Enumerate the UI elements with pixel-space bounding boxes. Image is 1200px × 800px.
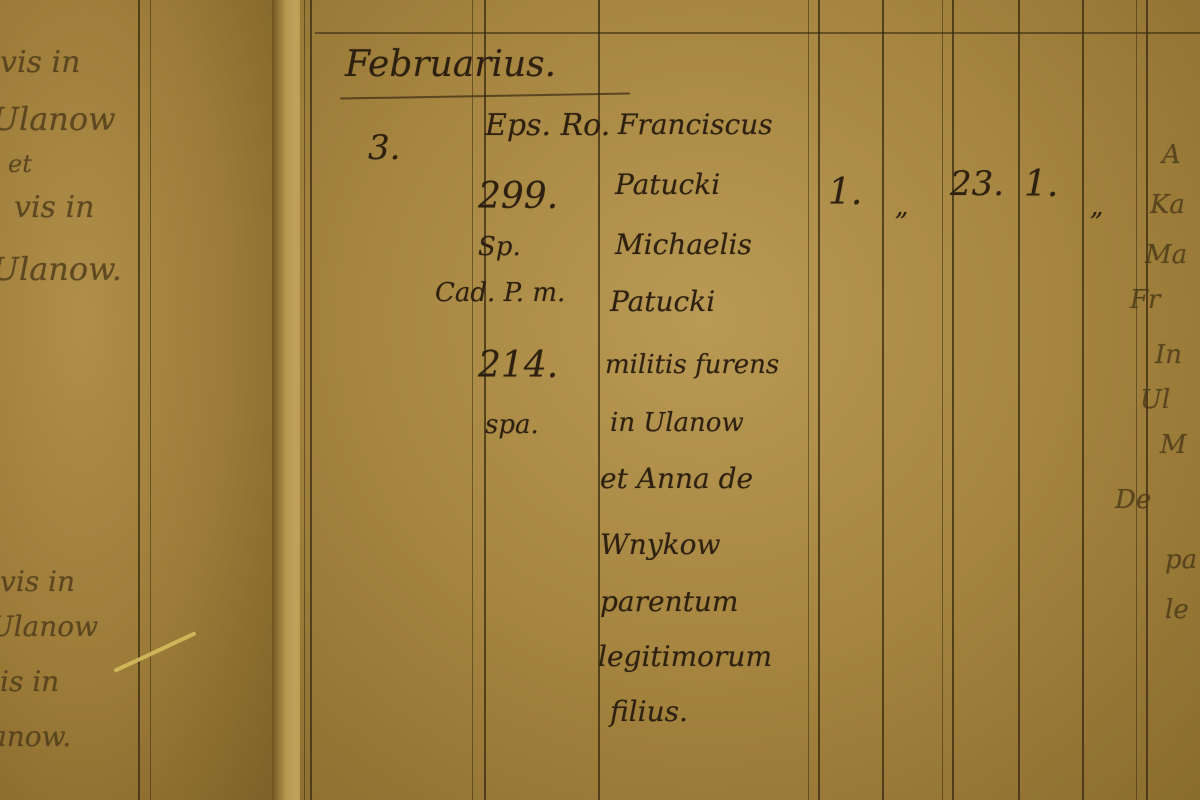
- ruling-line: [942, 0, 943, 800]
- column-code: 299.: [478, 176, 558, 217]
- ruling-line: [304, 0, 305, 800]
- ruling-line: [818, 0, 820, 800]
- ditto-mark: „: [1090, 192, 1103, 222]
- left-page: vis in Ulanow et vis in Ulanow. vis in U…: [0, 0, 272, 800]
- name-line: filius.: [610, 695, 688, 728]
- ruling-line: [1136, 0, 1137, 800]
- left-fragment: vis in: [14, 190, 94, 225]
- name-line: Patucki: [615, 168, 720, 201]
- column-value: 1.: [1024, 164, 1058, 205]
- left-fragment: et: [8, 150, 32, 178]
- name-line: legitimorum: [598, 640, 772, 673]
- edge-fragment: le: [1165, 595, 1189, 625]
- column-value: 23.: [950, 164, 1004, 204]
- ruling-line: [882, 0, 884, 800]
- column-value: 1.: [828, 172, 862, 213]
- left-fragment: vis in: [0, 45, 80, 80]
- left-fragment: vis in: [0, 565, 75, 598]
- month-heading: Februarius.: [345, 44, 556, 85]
- edge-fragment: De: [1115, 485, 1151, 515]
- edge-fragment: Ka: [1150, 190, 1185, 220]
- column-code: Eps. Ro.: [485, 108, 610, 143]
- name-line: Wnykow: [600, 528, 720, 561]
- left-fragment: anow.: [0, 720, 71, 753]
- name-line: in Ulanow: [610, 408, 744, 438]
- right-page: Februarius. 3. Eps. Ro. 299. Sp. Cad. P.…: [300, 0, 1200, 800]
- name-line: Patucki: [610, 285, 715, 318]
- left-fragment: Ulanow: [0, 100, 116, 138]
- header-rule: [315, 32, 1200, 34]
- edge-fragment: In: [1155, 340, 1182, 370]
- ruling-line: [310, 0, 312, 800]
- ruling-line: [138, 0, 140, 800]
- name-line: et Anna de: [600, 462, 753, 495]
- column-code: Cad. P. m.: [435, 278, 565, 308]
- edge-fragment: pa: [1165, 545, 1197, 575]
- name-line: militis furens: [605, 350, 779, 380]
- name-line: Franciscus: [618, 108, 773, 141]
- column-code: Sp.: [478, 232, 521, 262]
- left-fragment: is in: [0, 665, 59, 698]
- ruling-line: [1018, 0, 1020, 800]
- left-fragment: Ulanow: [0, 610, 98, 643]
- edge-fragment: Ma: [1145, 240, 1187, 270]
- edge-fragment: Ul: [1140, 385, 1170, 415]
- ruling-line: [952, 0, 954, 800]
- edge-fragment: A: [1162, 140, 1181, 170]
- ruling-line: [808, 0, 809, 800]
- column-code: 214.: [478, 345, 558, 386]
- document-photo: vis in Ulanow et vis in Ulanow. vis in U…: [0, 0, 1200, 800]
- name-line: Michaelis: [615, 228, 752, 261]
- edge-fragment: Fr: [1130, 285, 1160, 315]
- left-fragment: Ulanow.: [0, 250, 122, 288]
- ditto-mark: „: [895, 192, 908, 222]
- binding-thread: [113, 631, 196, 673]
- ruling-line: [150, 0, 151, 800]
- ruling-line: [1082, 0, 1084, 800]
- ruling-line: [472, 0, 473, 800]
- column-code: spa.: [485, 410, 539, 440]
- name-line: parentum: [600, 585, 738, 618]
- edge-fragment: M: [1160, 430, 1187, 460]
- entry-day: 3.: [368, 128, 400, 168]
